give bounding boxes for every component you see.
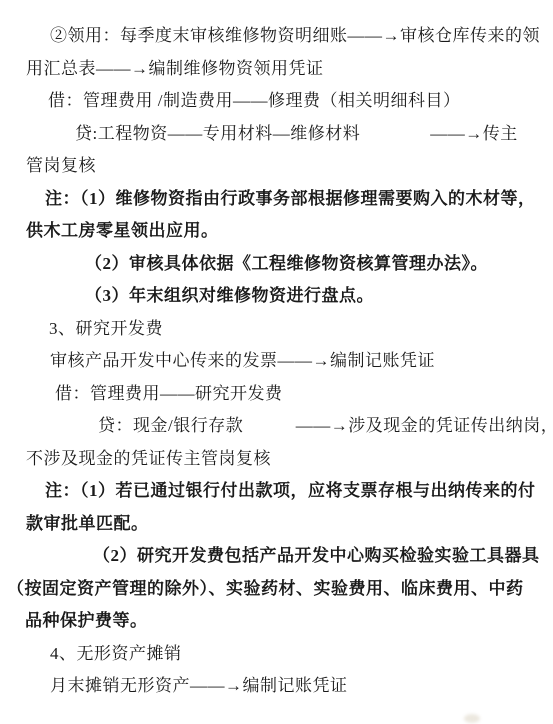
text-line: 用汇总表——→编制维修物资领用凭证 <box>0 53 553 86</box>
text-line: 管岗复核 <box>0 150 553 183</box>
text-line: 不涉及现金的凭证传主管岗复核 <box>0 443 553 476</box>
text-line: 审核产品开发中心传来的发票——→编制记账凭证 <box>0 345 553 378</box>
text-line-note: 供木工房零星领出应用。 <box>0 215 553 248</box>
text-line: 月末摊销无形资产——→编制记账凭证 <box>0 670 553 703</box>
text-line: 借：管理费用——研究开发费 <box>0 378 553 411</box>
text-line: 借：管理费用 /制造费用——修理费（相关明细科目） <box>0 85 553 118</box>
document-page: ②领用：每季度末审核维修物资明细账——→审核仓库传来的领 用汇总表——→编制维修… <box>0 0 553 724</box>
text-line-note: （按固定资产管理的除外）、实验药材、实验费用、临床费用、中药 <box>0 573 553 606</box>
text-line-note: （2）审核具体依据《工程维修物资核算管理办法》。 <box>0 248 553 281</box>
text-line: 贷：现金/银行存款 ——→涉及现金的凭证传出纳岗， <box>0 410 553 443</box>
text-line-note: 款审批单匹配。 <box>0 508 553 541</box>
faint-smudge-artifact <box>464 714 480 723</box>
text-line-note: （3）年末组织对维修物资进行盘点。 <box>0 280 553 313</box>
text-line-note: 注：（1）维修物资指由行政事务部根据修理需要购入的木材等， <box>0 183 553 216</box>
text-line-heading: 3、研究开发费 <box>0 313 553 346</box>
text-line-heading: 4、无形资产摊销 <box>0 638 553 671</box>
text-line-note: 品种保护费等。 <box>0 605 553 638</box>
text-line: 贷:工程物资——专用材料—维修材料 ——→传主 <box>0 118 553 151</box>
text-line-note: 注：（1）若已通过银行付出款项，应将支票存根与出纳传来的付 <box>0 475 553 508</box>
text-line: ②领用：每季度末审核维修物资明细账——→审核仓库传来的领 <box>0 20 553 53</box>
text-line-note: （2）研究开发费包括产品开发中心购买检验实验工具器具 <box>0 540 553 573</box>
